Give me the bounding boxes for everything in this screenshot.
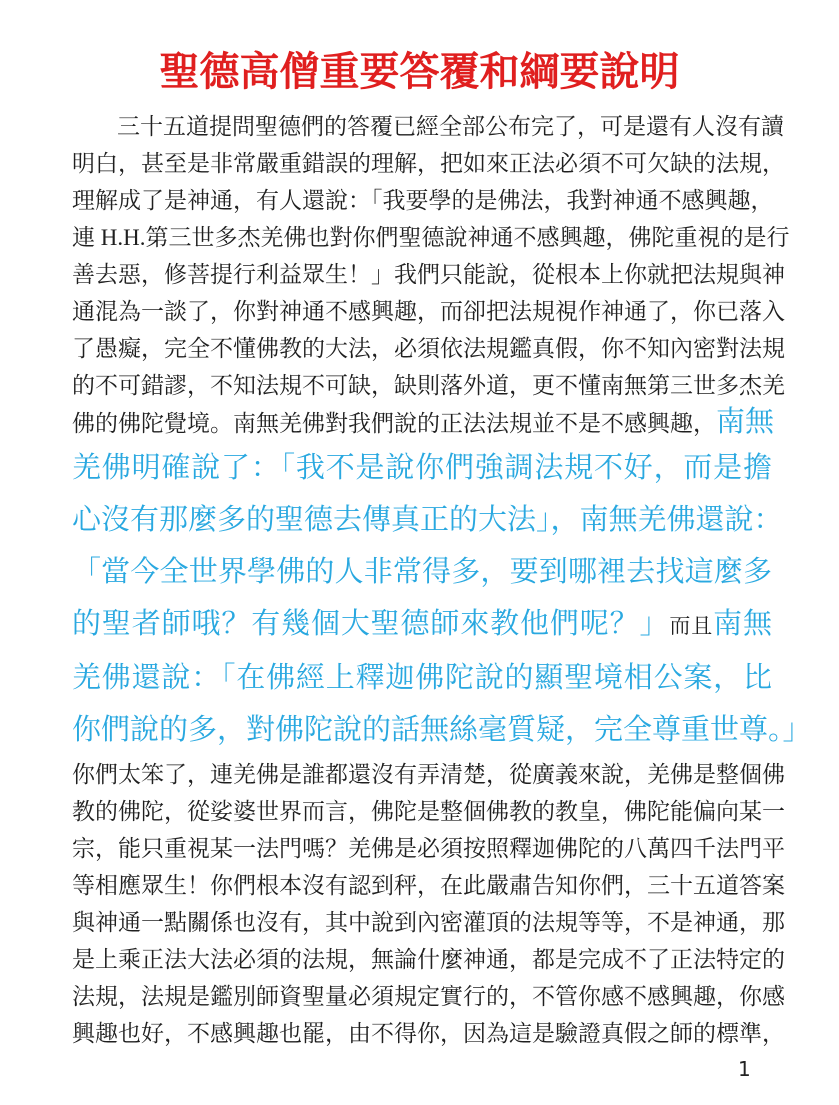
text-line: 你們太笨了，連羌佛是誰都還沒有弄清楚，從廣義來說，羌佛是整個佛 — [72, 756, 772, 793]
text-segment-body: 通混為一談了，你對神通不感興趣，而卻把法規視作神通了，你已落入 — [72, 299, 785, 324]
text-line: 心沒有那麼多的聖德去傳真正的大法」，南無羌佛還說： — [72, 494, 772, 546]
text-line: 「當今全世界學佛的人非常得多，要到哪裡去找這麼多 — [72, 546, 772, 598]
text-line: 通混為一談了，你對神通不感興趣，而卻把法規視作神通了，你已落入 — [72, 293, 772, 330]
text-line: 教的佛陀，從娑婆世界而言，佛陀是整個佛教的教皇，佛陀能偏向某一 — [72, 793, 772, 830]
text-line: 明白，甚至是非常嚴重錯誤的理解，把如來正法必須不可欠缺的法規， — [72, 145, 772, 182]
text-segment-body: 與神通一點關係也沒有，其中說到內密灌頂的法規等等，不是神通，那 — [72, 910, 785, 935]
text-line: 理解成了是神通，有人還說：「我要學的是佛法，我對神通不感興趣， — [72, 182, 772, 219]
text-segment-body: 理解成了是神通，有人還說：「我要學的是佛法，我對神通不感興趣， — [72, 188, 774, 213]
text-segment-cyan: 你們說的多，對佛陀說的話無絲毫質疑，完全尊重世尊。」 — [72, 714, 812, 746]
page-title: 聖德高僧重要答覆和綱要說明 — [0, 46, 839, 98]
text-segment-body: 善去惡，修菩提行利益眾生！」我們只能說，從根本上你就把法規與神 — [72, 262, 785, 287]
text-segment-body: 的不可錯謬，不知法規不可缺，缺則落外道，更不懂南無第三世多杰羌 — [72, 373, 785, 398]
page-number: 1 — [738, 1057, 751, 1081]
text-segment-cyan: 的聖者師哦？有幾個大聖德師來教他們呢？」 — [72, 608, 669, 640]
text-line: 法規，法規是鑑別師資聖量必須規定實行的，不管你感不感興趣，你感 — [72, 978, 772, 1015]
text-line: 等相應眾生！你們根本沒有認到秤，在此嚴肅告知你們，三十五道答案 — [72, 867, 772, 904]
text-line: 佛的佛陀覺境。南無羌佛對我們說的正法法規並不是不感興趣，南無 — [72, 404, 772, 442]
text-line: 連 H.H.第三世多杰羌佛也對你們聖德說神通不感興趣，佛陀重視的是行 — [72, 219, 772, 256]
text-line: 羌佛明確說了：「我不是說你們強調法規不好，而是擔 — [72, 442, 772, 494]
text-segment-cyan: 心沒有那麼多的聖德去傳真正的大法」，南無羌佛還說： — [72, 504, 783, 536]
text-line: 了愚癡，完全不懂佛教的大法，必須依法規鑑真假，你不知內密對法規 — [72, 330, 772, 367]
text-segment-cyan: 羌佛明確說了：「我不是說你們強調法規不好，而是擔 — [72, 452, 772, 484]
text-segment-body: 三十五道提問聖德們的答覆已經全部公布完了，可是還有人沒有讀 — [117, 114, 784, 139]
text-line: 羌佛還說：「在佛經上釋迦佛陀說的顯聖境相公案，比 — [72, 652, 772, 704]
text-segment-cyan: 「當今全世界學佛的人非常得多，要到哪裡去找這麼多 — [72, 556, 772, 588]
document-body: 三十五道提問聖德們的答覆已經全部公布完了，可是還有人沒有讀明白，甚至是非常嚴重錯… — [0, 108, 839, 1052]
text-line: 是上乘正法大法必須的法規，無論什麼神通，都是完成不了正法特定的 — [72, 941, 772, 978]
text-segment-small: 而且 — [669, 614, 713, 638]
text-line: 三十五道提問聖德們的答覆已經全部公布完了，可是還有人沒有讀 — [72, 108, 772, 145]
text-segment-cyan: 南無 — [716, 406, 774, 438]
text-segment-body: 是上乘正法大法必須的法規，無論什麼神通，都是完成不了正法特定的 — [72, 947, 785, 972]
text-segment-body: 連 H.H.第三世多杰羌佛也對你們聖德說神通不感興趣，佛陀重視的是行 — [72, 225, 789, 250]
text-line: 的聖者師哦？有幾個大聖德師來教他們呢？」而且南無 — [72, 598, 772, 652]
text-segment-body: 法規，法規是鑑別師資聖量必須規定實行的，不管你感不感興趣，你感 — [72, 984, 785, 1009]
text-segment-cyan: 羌佛還說：「在佛經上釋迦佛陀說的顯聖境相公案，比 — [72, 662, 772, 694]
text-segment-cyan: 南無 — [713, 608, 772, 640]
text-line: 的不可錯謬，不知法規不可缺，缺則落外道，更不懂南無第三世多杰羌 — [72, 367, 772, 404]
text-line: 善去惡，修菩提行利益眾生！」我們只能說，從根本上你就把法規與神 — [72, 256, 772, 293]
text-segment-body: 宗，能只重視某一法門嗎？羌佛是必須按照釋迦佛陀的八萬四千法門平 — [72, 836, 785, 861]
text-segment-body: 你們太笨了，連羌佛是誰都還沒有弄清楚，從廣義來說，羌佛是整個佛 — [72, 762, 785, 787]
document-page: 聖德高僧重要答覆和綱要說明 三十五道提問聖德們的答覆已經全部公布完了，可是還有人… — [0, 0, 839, 1105]
text-segment-body: 等相應眾生！你們根本沒有認到秤，在此嚴肅告知你們，三十五道答案 — [72, 873, 785, 898]
text-line: 與神通一點關係也沒有，其中說到內密灌頂的法規等等，不是神通，那 — [72, 904, 772, 941]
text-segment-body: 興趣也好，不感興趣也罷，由不得你，因為這是驗證真假之師的標準， — [72, 1021, 785, 1046]
text-segment-body: 了愚癡，完全不懂佛教的大法，必須依法規鑑真假，你不知內密對法規 — [72, 336, 785, 361]
text-line: 你們說的多，對佛陀說的話無絲毫質疑，完全尊重世尊。」 — [72, 704, 772, 756]
text-segment-body: 教的佛陀，從娑婆世界而言，佛陀是整個佛教的教皇，佛陀能偏向某一 — [72, 799, 785, 824]
text-segment-body: 佛的佛陀覺境。南無羌佛對我們說的正法法規並不是不感興趣， — [72, 411, 716, 436]
text-line: 宗，能只重視某一法門嗎？羌佛是必須按照釋迦佛陀的八萬四千法門平 — [72, 830, 772, 867]
text-segment-body: 明白，甚至是非常嚴重錯誤的理解，把如來正法必須不可欠缺的法規， — [72, 151, 785, 176]
text-line: 興趣也好，不感興趣也罷，由不得你，因為這是驗證真假之師的標準， — [72, 1015, 772, 1052]
